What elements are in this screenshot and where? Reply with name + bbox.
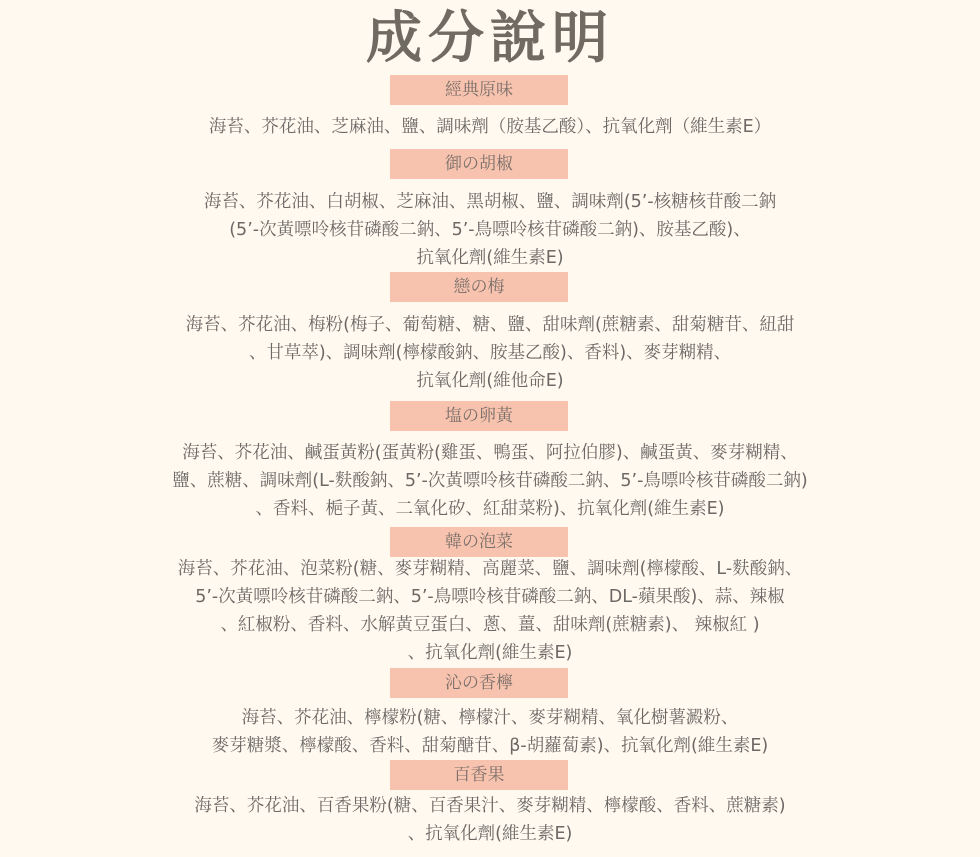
ingredient-line: 海苔、芥花油、梅粉(梅子、葡萄糖、糖、鹽、甜味劑(蔗糖素、甜菊糖苷、紐甜 bbox=[0, 311, 980, 339]
ingredient-line: 、抗氧化劑(維生素E) bbox=[0, 639, 980, 667]
section-header-pepper: 御の胡椒 bbox=[390, 149, 568, 179]
ingredient-line: 鹽、蔗糖、調味劑(L-麩酸鈉、5’-次黃嘌呤核苷磷酸二鈉、5’-鳥嘌呤核苷磷酸二… bbox=[0, 467, 980, 495]
ingredient-line: 、抗氧化劑(維生素E) bbox=[0, 820, 980, 848]
ingredient-line: 、紅椒粉、香料、水解黃豆蛋白、蔥、薑、甜味劑(蔗糖素)、 辣椒紅 ) bbox=[0, 611, 980, 639]
ingredient-line: 、香料、梔子黃、二氧化矽、紅甜菜粉)、抗氧化劑(維生素E) bbox=[0, 495, 980, 523]
ingredient-line: 海苔、芥花油、泡菜粉(糖、麥芽糊精、高麗菜、鹽、調味劑(檸檬酸、L-麩酸鈉、 bbox=[0, 555, 980, 583]
ingredients-passion-fruit: 海苔、芥花油、百香果粉(糖、百香果汁、麥芽糊精、檸檬酸、香料、蔗糖素) 、抗氧化… bbox=[0, 792, 980, 848]
section-header-egg-yolk: 塩の卵黃 bbox=[390, 401, 568, 431]
section-header-plum: 戀の梅 bbox=[390, 272, 568, 302]
section-header-classic: 經典原味 bbox=[390, 75, 568, 105]
ingredient-line: 抗氧化劑(維生素E) bbox=[0, 244, 980, 272]
ingredient-line: 海苔、芥花油、白胡椒、芝麻油、黑胡椒、鹽、調味劑(5’-核糖核苷酸二鈉 bbox=[0, 188, 980, 216]
ingredient-line: 5’-次黃嘌呤核苷磷酸二鈉、5’-鳥嘌呤核苷磷酸二鈉、DL-蘋果酸)、蒜、辣椒 bbox=[0, 583, 980, 611]
ingredient-line: 抗氧化劑(維他命E) bbox=[0, 367, 980, 395]
ingredient-line: 海苔、芥花油、檸檬粉(糖、檸檬汁、麥芽糊精、氧化樹薯澱粉、 bbox=[0, 704, 980, 732]
section-header-lemon: 沁の香檸 bbox=[390, 668, 568, 698]
ingredients-pepper: 海苔、芥花油、白胡椒、芝麻油、黑胡椒、鹽、調味劑(5’-核糖核苷酸二鈉 (5’-… bbox=[0, 188, 980, 272]
section-header-kimchi: 韓の泡菜 bbox=[390, 527, 568, 557]
ingredients-classic: 海苔、芥花油、芝麻油、鹽、調味劑（胺基乙酸）、抗氧化劑（維生素E） bbox=[0, 113, 980, 141]
ingredient-line: 海苔、芥花油、芝麻油、鹽、調味劑（胺基乙酸）、抗氧化劑（維生素E） bbox=[0, 113, 980, 141]
ingredient-line: (5’-次黃嘌呤核苷磷酸二鈉、5’-鳥嘌呤核苷磷酸二鈉)、胺基乙酸)、 bbox=[0, 216, 980, 244]
ingredients-plum: 海苔、芥花油、梅粉(梅子、葡萄糖、糖、鹽、甜味劑(蔗糖素、甜菊糖苷、紐甜 、甘草… bbox=[0, 311, 980, 395]
ingredient-line: 海苔、芥花油、百香果粉(糖、百香果汁、麥芽糊精、檸檬酸、香料、蔗糖素) bbox=[0, 792, 980, 820]
ingredients-kimchi: 海苔、芥花油、泡菜粉(糖、麥芽糊精、高麗菜、鹽、調味劑(檸檬酸、L-麩酸鈉、 5… bbox=[0, 555, 980, 667]
ingredient-line: 海苔、芥花油、鹹蛋黃粉(蛋黃粉(雞蛋、鴨蛋、阿拉伯膠)、鹹蛋黃、麥芽糊精、 bbox=[0, 439, 980, 467]
ingredients-lemon: 海苔、芥花油、檸檬粉(糖、檸檬汁、麥芽糊精、氧化樹薯澱粉、 麥芽糖漿、檸檬酸、香… bbox=[0, 704, 980, 760]
section-header-passion-fruit: 百香果 bbox=[390, 760, 568, 790]
ingredient-line: 、甘草萃)、調味劑(檸檬酸鈉、胺基乙酸)、香料)、麥芽糊精、 bbox=[0, 339, 980, 367]
page-title: 成分說明 bbox=[0, 4, 980, 74]
ingredient-line: 麥芽糖漿、檸檬酸、香料、甜菊醣苷、β-胡蘿蔔素)、抗氧化劑(維生素E) bbox=[0, 732, 980, 760]
ingredients-egg-yolk: 海苔、芥花油、鹹蛋黃粉(蛋黃粉(雞蛋、鴨蛋、阿拉伯膠)、鹹蛋黃、麥芽糊精、 鹽、… bbox=[0, 439, 980, 523]
